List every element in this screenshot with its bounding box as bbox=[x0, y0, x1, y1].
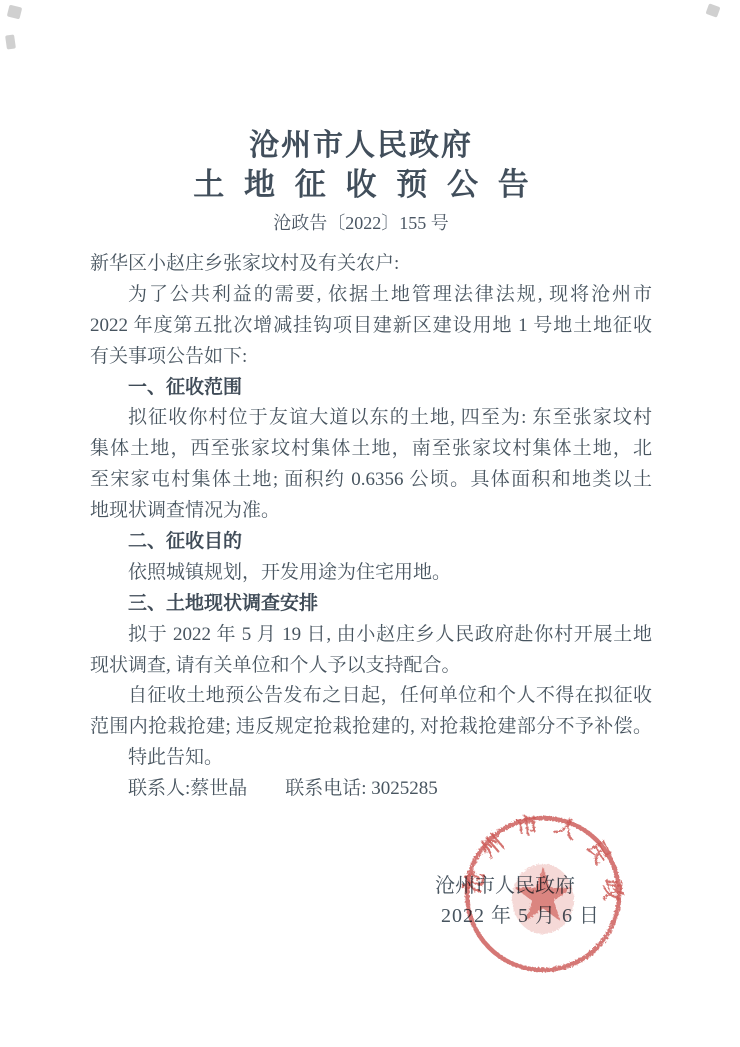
org-title: 沧州市人民政府 bbox=[80, 126, 642, 166]
body-line: 依照城镇规划，开发用途为住宅用地。 bbox=[90, 558, 652, 589]
body-line: 拟于 2022 年 5 月 19 日, 由小赵庄乡人民政府赴你村开展土地 bbox=[90, 620, 652, 651]
scan-mark bbox=[7, 5, 23, 20]
body-line: 一、征收范围 bbox=[90, 373, 652, 404]
body-line: 至宋家屯村集体土地; 面积约 0.6356 公顷。具体面积和地类以土 bbox=[90, 465, 652, 496]
doc-number: 沧政告〔2022〕155 号 bbox=[80, 208, 642, 238]
body-line: 2022 年度第五批次增减挂钩项目建新区建设用地 1 号地土地征收 bbox=[90, 311, 652, 342]
body-line: 自征收土地预公告发布之日起，任何单位和个人不得在拟征收 bbox=[90, 681, 652, 712]
signature-block: 沧州市人民政府 2022 年 5 月 6 日 bbox=[435, 871, 600, 931]
body-line: 新华区小赵庄乡张家坟村及有关农户: bbox=[90, 249, 652, 280]
body-line: 联系人:蔡世晶 联系电话: 3025285 bbox=[90, 774, 652, 805]
body-line: 三、土地现状调查安排 bbox=[90, 589, 652, 620]
body-line: 为了公共利益的需要, 依据土地管理法律法规, 现将沧州市 bbox=[90, 280, 652, 311]
body-line: 有关事项公告如下: bbox=[90, 342, 652, 373]
document-body: 新华区小赵庄乡张家坟村及有关农户:为了公共利益的需要, 依据土地管理法律法规, … bbox=[90, 249, 652, 805]
signature-date: 2022 年 5 月 6 日 bbox=[435, 901, 600, 931]
body-line: 现状调查, 请有关单位和个人予以支持配合。 bbox=[90, 651, 652, 682]
document-page: 沧州市人民政府 土 地 征 收 预 公 告 沧政告〔2022〕155 号 新华区… bbox=[0, 0, 740, 1047]
body-line: 拟征收你村位于友谊大道以东的土地, 四至为: 东至张家坟村 bbox=[90, 403, 652, 434]
body-line: 范围内抢栽抢建; 违反规定抢栽抢建的, 对抢栽抢建部分不予补偿。 bbox=[90, 712, 652, 743]
scan-mark bbox=[5, 34, 16, 49]
body-line: 地现状调查情况为准。 bbox=[90, 496, 652, 527]
body-line: 集体土地，西至张家坟村集体土地，南至张家坟村集体土地，北 bbox=[90, 434, 652, 465]
scan-mark bbox=[705, 3, 720, 17]
body-line: 特此告知。 bbox=[90, 743, 652, 774]
body-line: 二、征收目的 bbox=[90, 527, 652, 558]
doc-title: 土 地 征 收 预 公 告 bbox=[80, 164, 642, 206]
signature-org: 沧州市人民政府 bbox=[435, 871, 600, 901]
